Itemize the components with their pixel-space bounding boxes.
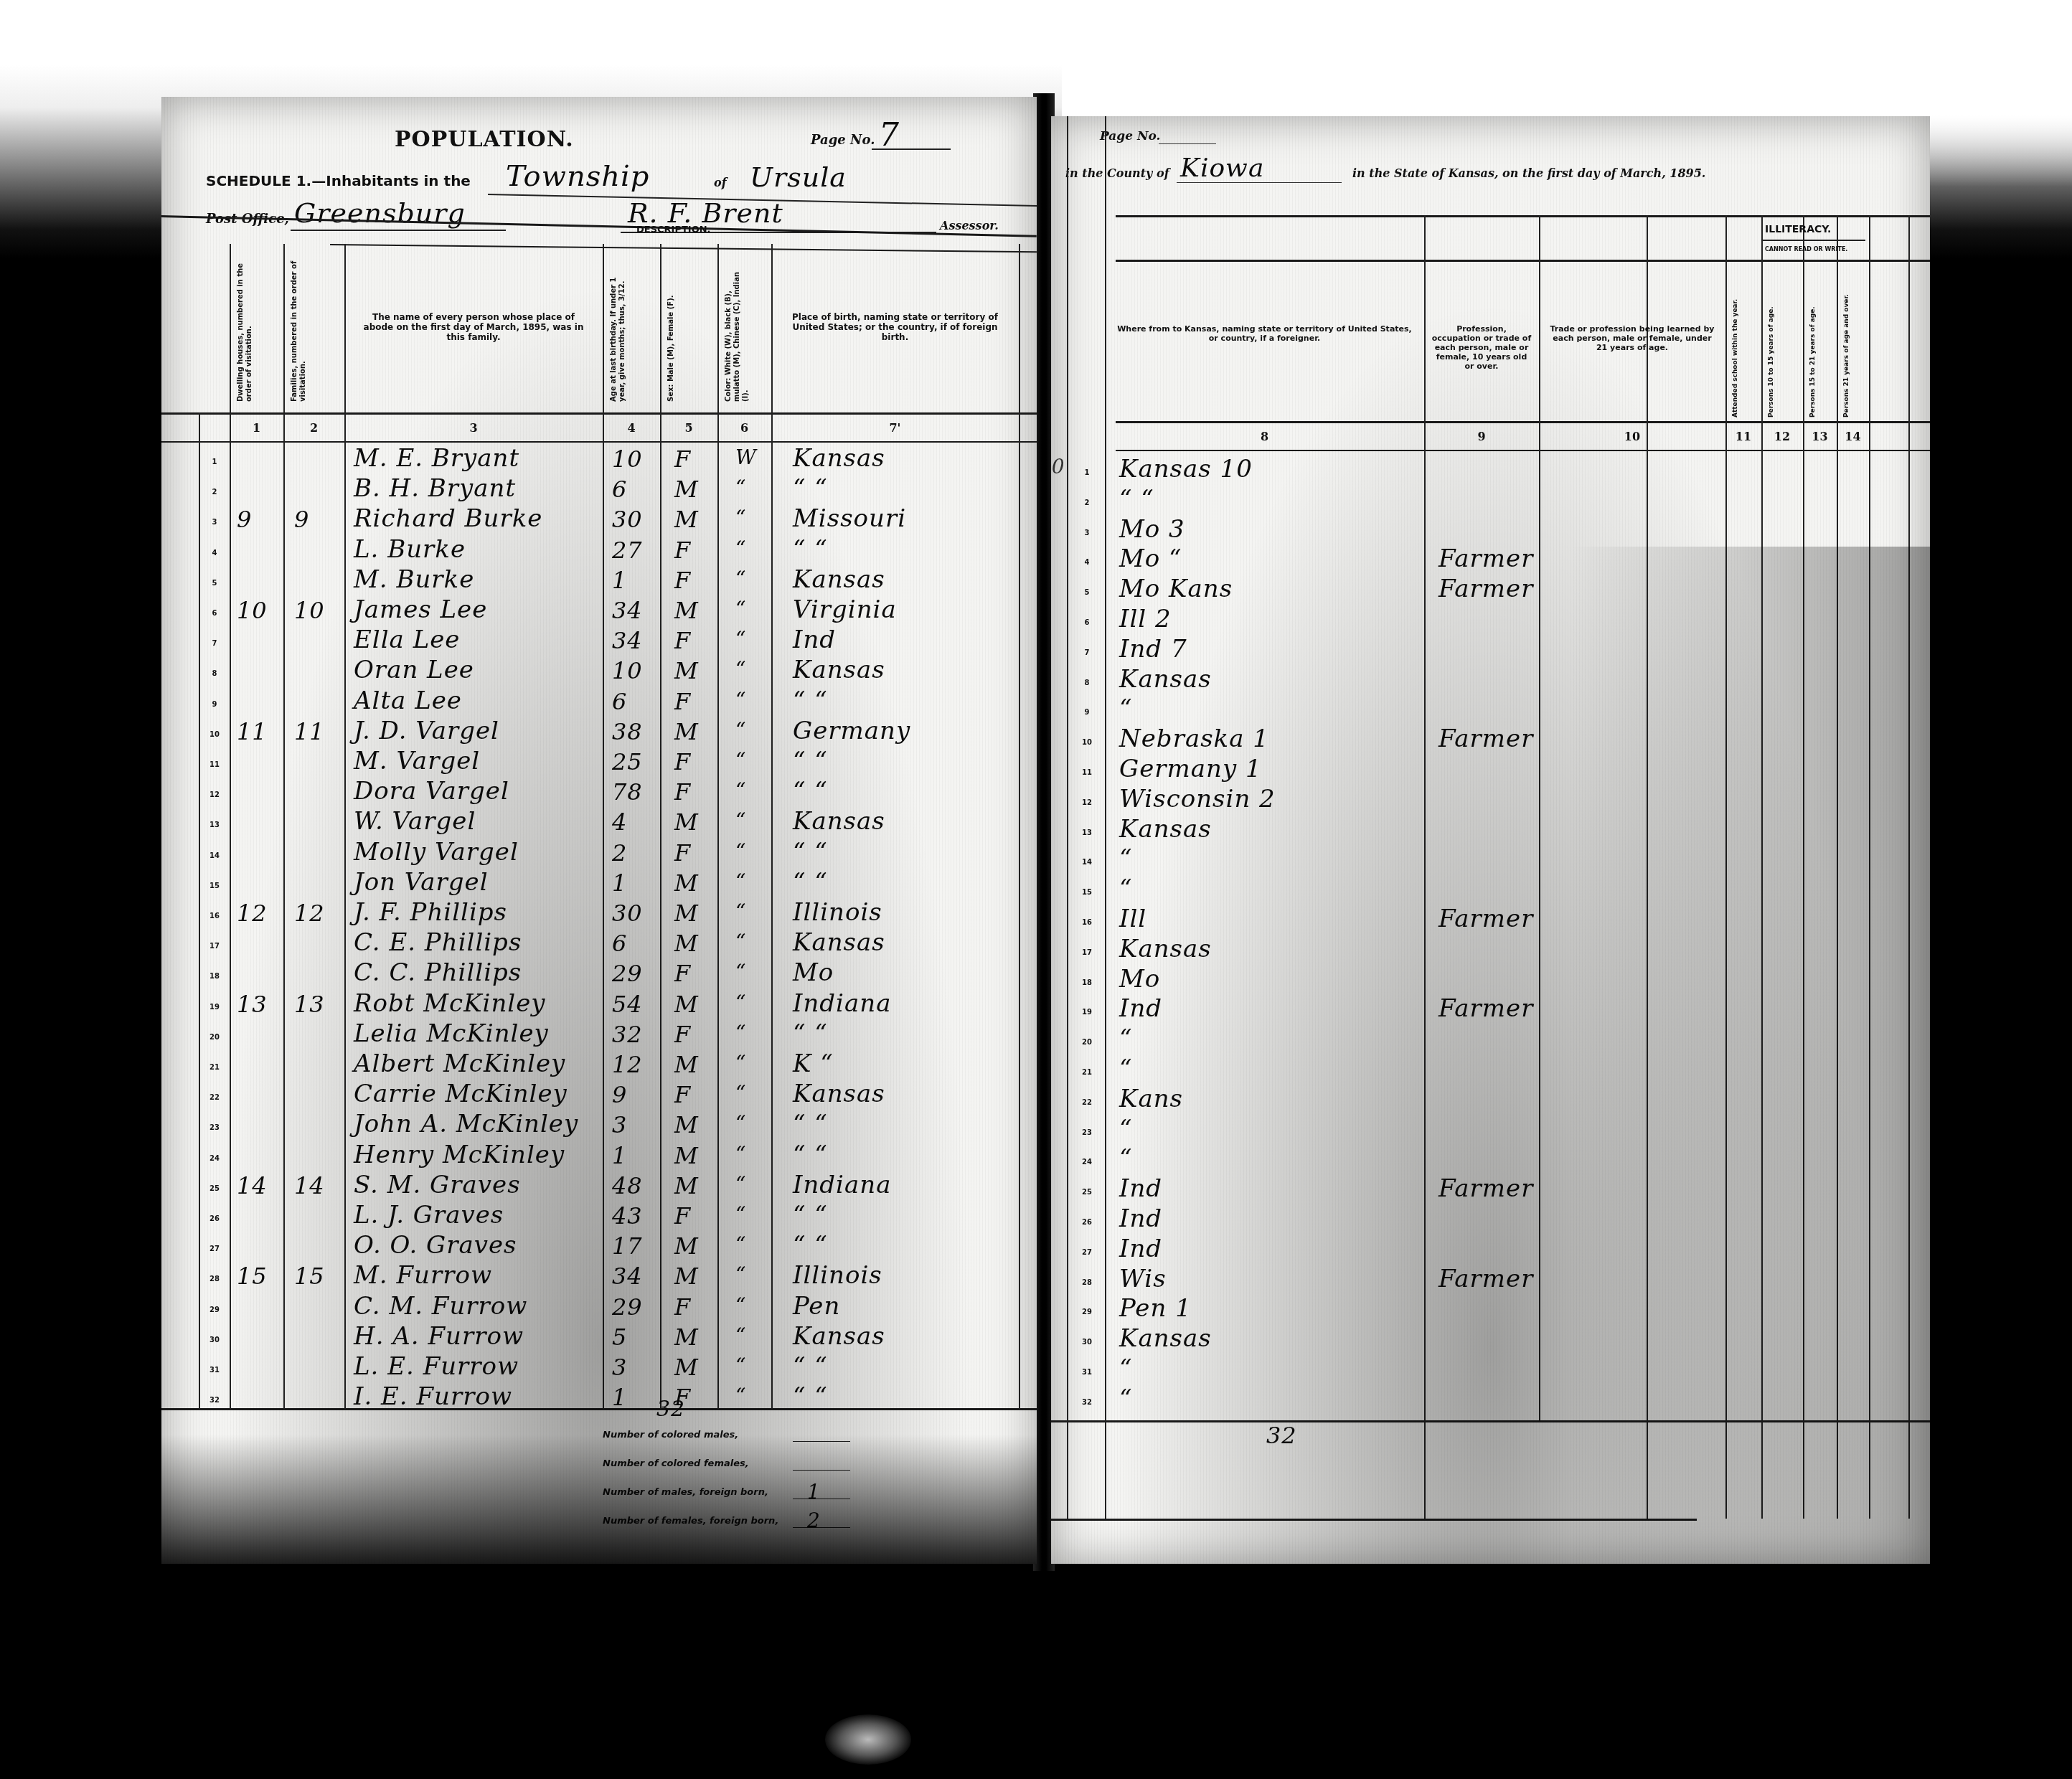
table-row: 191313Robt McKinley54M“Indiana xyxy=(161,994,1037,1024)
person-name: Oran Lee xyxy=(354,656,474,684)
line-number: 2 xyxy=(206,489,223,496)
person-name: M. Vargel xyxy=(354,747,480,775)
occupation: Farmer xyxy=(1438,544,1533,573)
line-number: 3 xyxy=(206,519,223,527)
person-color: “ xyxy=(735,778,746,802)
birthplace: “ “ xyxy=(793,1019,828,1048)
where-from: Ind xyxy=(1119,1235,1162,1263)
person-sex: F xyxy=(674,627,691,654)
person-color: “ xyxy=(735,1232,746,1256)
table-row: 30Kansas xyxy=(1051,1329,1930,1359)
person-name: Albert McKinley xyxy=(354,1049,565,1078)
person-sex: F xyxy=(674,1202,691,1230)
person-sex: M xyxy=(674,1172,699,1199)
person-sex: F xyxy=(674,537,691,564)
summary-label: Number of colored males, xyxy=(603,1431,738,1440)
column-header-1: Dwelling houses, numbered in the order o… xyxy=(237,258,276,402)
column-number-3: 3 xyxy=(344,421,603,435)
line-number: 28 xyxy=(206,1275,223,1283)
right-subheader-rule xyxy=(1116,260,1930,262)
person-age: 6 xyxy=(612,688,627,715)
where-from: Kansas xyxy=(1119,935,1212,963)
summary-value: 1 xyxy=(807,1480,821,1504)
person-age: 27 xyxy=(612,537,643,564)
birthplace: Kansas xyxy=(793,565,885,594)
person-color: “ xyxy=(735,960,746,983)
page-no-underline xyxy=(872,148,951,150)
birthplace: “ “ xyxy=(793,1141,828,1169)
line-number: 6 xyxy=(1078,619,1096,627)
where-from: Ill 2 xyxy=(1119,605,1172,633)
column-number-9: 9 xyxy=(1424,430,1539,443)
table-row: 32I. E. Furrow1F““ “ xyxy=(161,1387,1037,1417)
person-color: “ xyxy=(735,1323,746,1347)
person-sex: M xyxy=(674,808,699,836)
table-row: 14“ xyxy=(1051,849,1930,879)
summary-underline xyxy=(793,1527,850,1528)
table-row: 8Kansas xyxy=(1051,669,1930,699)
person-age: 34 xyxy=(612,627,643,654)
table-row: 13W. Vargel4M“Kansas xyxy=(161,811,1037,841)
birthplace: Kansas xyxy=(793,928,885,957)
table-row: 4L. Burke27F““ “ xyxy=(161,539,1037,570)
birthplace: Kansas xyxy=(793,444,885,473)
person-age: 10 xyxy=(612,657,643,684)
person-name: Robt McKinley xyxy=(354,989,546,1018)
column-header-14: Persons 21 years of age and over. xyxy=(1842,267,1863,417)
person-color: “ xyxy=(735,476,746,499)
table-row: 31L. E. Furrow3M““ “ xyxy=(161,1356,1037,1387)
table-row: 31“ xyxy=(1051,1359,1930,1389)
line-number: 29 xyxy=(1078,1308,1096,1316)
table-row: 8Oran Lee10M“Kansas xyxy=(161,660,1037,690)
where-from: “ xyxy=(1119,1354,1132,1383)
where-from: “ xyxy=(1119,1054,1132,1083)
person-name: B. H. Bryant xyxy=(354,474,516,503)
person-age: 3 xyxy=(612,1111,627,1138)
margin-note: 1 xyxy=(1051,1294,1052,1318)
family-number: 15 xyxy=(294,1263,325,1290)
line-number: 14 xyxy=(1078,859,1096,867)
line-number: 5 xyxy=(1078,589,1096,597)
line-number: 20 xyxy=(206,1034,223,1042)
person-name: J. D. Vargel xyxy=(354,717,499,745)
line-number: 9 xyxy=(1078,709,1096,717)
person-age: 34 xyxy=(612,1263,643,1290)
column-header-12: Persons 10 to 15 years of age. xyxy=(1767,267,1797,417)
table-row: 26L. J. Graves43F““ “ xyxy=(161,1205,1037,1235)
column-header-3: The name of every person whose place of … xyxy=(360,312,587,342)
person-name: O. O. Graves xyxy=(354,1231,517,1260)
where-from: “ xyxy=(1119,1024,1132,1053)
birthplace: “ “ xyxy=(793,777,828,806)
illiteracy-heading: ILLITERACY. xyxy=(1765,224,1831,235)
table-row: 15Jon Vargel1M““ “ xyxy=(161,872,1037,902)
line-number: 31 xyxy=(206,1367,223,1374)
person-age: 29 xyxy=(612,1293,643,1321)
column-number-2: 2 xyxy=(283,421,344,435)
person-age: 54 xyxy=(612,991,643,1018)
column-number-rule xyxy=(161,441,1037,443)
where-from: Ind xyxy=(1119,1204,1162,1233)
column-header-6: Color: White (W), black (B), mulatto (M)… xyxy=(725,258,764,402)
birthplace: “ “ xyxy=(793,747,828,775)
where-from: Kansas xyxy=(1119,1324,1212,1353)
where-from: Ind xyxy=(1119,1174,1162,1203)
post-office-value: Greensburg xyxy=(294,197,466,229)
table-row: 20“ xyxy=(1051,1029,1930,1059)
line-number: 32 xyxy=(206,1397,223,1405)
column-number-13: 13 xyxy=(1803,430,1837,443)
column-number-10: 10 xyxy=(1539,430,1725,443)
table-row: 61010James Lee34M“Virginia xyxy=(161,600,1037,630)
table-row: 251414S. M. Graves48M“Indiana xyxy=(161,1175,1037,1205)
birthplace: Kansas xyxy=(793,1322,885,1351)
line-number: 2 xyxy=(1078,499,1096,507)
person-color: “ xyxy=(735,1142,746,1166)
summary-value: 2 xyxy=(807,1509,821,1532)
line-number: 21 xyxy=(206,1064,223,1072)
line-number: 14 xyxy=(206,852,223,860)
person-name: Dora Vargel xyxy=(354,777,509,806)
column-header-2: Families, numbered in the order of visit… xyxy=(291,258,337,402)
line-number: 26 xyxy=(206,1215,223,1223)
birthplace: “ “ xyxy=(793,474,828,503)
table-row: 14Molly Vargel2F““ “ xyxy=(161,842,1037,872)
person-color: “ xyxy=(735,1263,746,1286)
right-total-count: 32 xyxy=(1266,1422,1297,1449)
illiteracy-subheading: CANNOT READ OR WRITE. xyxy=(1765,245,1847,254)
person-color: “ xyxy=(735,627,746,651)
person-color: “ xyxy=(735,1081,746,1105)
line-number: 27 xyxy=(1078,1249,1096,1257)
person-name: L. E. Furrow xyxy=(354,1352,519,1381)
person-color: “ xyxy=(735,597,746,620)
birthplace: Illinois xyxy=(793,898,882,927)
person-color: “ xyxy=(735,930,746,953)
line-number: 21 xyxy=(1078,1069,1096,1077)
dwelling-number: 14 xyxy=(237,1172,268,1199)
family-number: 10 xyxy=(294,597,325,624)
county-name-value: Kiowa xyxy=(1180,154,1264,183)
person-age: 3 xyxy=(612,1354,627,1381)
person-name: C. M. Furrow xyxy=(354,1292,527,1321)
person-color: “ xyxy=(735,1354,746,1377)
line-number: 5 xyxy=(206,580,223,588)
birthplace: Mo xyxy=(793,958,834,987)
summary-label: Number of females, foreign born, xyxy=(603,1517,778,1526)
table-row: 7Ella Lee34F“Ind xyxy=(161,630,1037,660)
line-number: 13 xyxy=(206,821,223,829)
where-from: “ xyxy=(1119,1144,1132,1173)
line-number: 17 xyxy=(206,943,223,950)
family-number: 9 xyxy=(294,506,309,533)
person-sex: F xyxy=(674,567,691,594)
occupation: Farmer xyxy=(1438,1265,1533,1293)
birthplace: Kansas xyxy=(793,656,885,684)
person-age: 5 xyxy=(612,1323,627,1351)
person-name: M. Furrow xyxy=(354,1261,492,1290)
table-row: 17C. E. Phillips6M“Kansas xyxy=(161,933,1037,963)
birthplace: K “ xyxy=(793,1049,834,1078)
line-number: 8 xyxy=(206,670,223,678)
margin-note: 7 xyxy=(1051,635,1052,659)
where-from: Ind xyxy=(1119,994,1162,1023)
occupation: Farmer xyxy=(1438,725,1533,753)
county-underline xyxy=(1177,182,1342,183)
table-row: 399Richard Burke30M“Missouri xyxy=(161,509,1037,539)
person-sex: F xyxy=(674,445,691,473)
description-rule xyxy=(330,244,1037,253)
where-from: Mo xyxy=(1119,965,1160,994)
person-sex: M xyxy=(674,869,699,897)
person-sex: F xyxy=(674,1293,691,1321)
assessor-label: Assessor. xyxy=(940,219,999,232)
person-sex: M xyxy=(674,1051,699,1078)
table-row: 5M. Burke1F“Kansas xyxy=(161,570,1037,600)
birthplace: “ “ xyxy=(793,1382,828,1411)
table-row: 29C. M. Furrow29F“Pen xyxy=(161,1296,1037,1326)
right-footer-rule xyxy=(1051,1519,1697,1521)
birthplace: “ “ xyxy=(793,1231,828,1260)
person-age: 1 xyxy=(612,869,627,897)
column-number-5: 5 xyxy=(660,421,717,435)
line-number: 16 xyxy=(206,912,223,920)
column-header-8: Where from to Kansas, naming state or te… xyxy=(1112,324,1417,343)
person-age: 25 xyxy=(612,748,643,775)
table-row: 11M. Vargel25F““ “ xyxy=(161,751,1037,781)
birthplace: “ “ xyxy=(793,1201,828,1230)
person-color: “ xyxy=(735,869,746,893)
table-row: 5Mo KansFarmer xyxy=(1051,579,1930,609)
birthplace: Missouri xyxy=(793,504,906,533)
summary-label: Number of colored females, xyxy=(603,1460,749,1468)
where-from: Wisconsin 2 xyxy=(1119,785,1276,813)
right-table-bottom-rule xyxy=(1051,1420,1930,1422)
summary-underline xyxy=(793,1470,850,1471)
where-from: “ xyxy=(1119,1115,1132,1143)
birthplace: “ “ xyxy=(793,1110,828,1138)
person-name: Carrie McKinley xyxy=(354,1080,568,1108)
person-name: C. E. Phillips xyxy=(354,928,522,957)
person-color: “ xyxy=(735,657,746,681)
column-number-12: 12 xyxy=(1761,430,1803,443)
county-prefix: in the County of xyxy=(1065,166,1169,180)
birthplace: Illinois xyxy=(793,1261,882,1290)
line-number: 13 xyxy=(1078,829,1096,837)
where-from: Kansas xyxy=(1119,665,1212,694)
person-age: 48 xyxy=(612,1172,643,1199)
line-number: 1 xyxy=(1078,469,1096,477)
line-number: 11 xyxy=(1078,769,1096,777)
column-header-9: Profession, occupation or trade of each … xyxy=(1431,324,1532,371)
summary-underline xyxy=(793,1441,850,1442)
column-number-1: 1 xyxy=(230,421,283,435)
summary-underline xyxy=(793,1499,850,1499)
table-row: 22Kans xyxy=(1051,1089,1930,1119)
table-row: 17Kansas xyxy=(1051,939,1930,969)
person-name: Ella Lee xyxy=(354,626,460,654)
person-color: “ xyxy=(735,1051,746,1075)
where-from: Mo 3 xyxy=(1119,515,1185,544)
dwelling-number: 10 xyxy=(237,597,268,624)
line-number: 12 xyxy=(1078,799,1096,807)
illiteracy-underline xyxy=(1763,240,1865,241)
column-number-14: 14 xyxy=(1837,430,1869,443)
line-number: 17 xyxy=(1078,949,1096,957)
where-from: “ xyxy=(1119,874,1132,903)
person-age: 34 xyxy=(612,597,643,624)
line-number: 30 xyxy=(206,1336,223,1344)
person-color: “ xyxy=(735,1293,746,1317)
person-sex: F xyxy=(674,960,691,987)
person-color: W xyxy=(735,445,757,469)
person-sex: F xyxy=(674,748,691,775)
table-row: 20Lelia McKinley32F““ “ xyxy=(161,1024,1037,1054)
line-number: 7 xyxy=(1078,649,1096,657)
person-age: 78 xyxy=(612,778,643,806)
person-color: “ xyxy=(735,506,746,529)
where-from: “ xyxy=(1119,1384,1132,1413)
person-color: “ xyxy=(735,1021,746,1044)
line-number: 31 xyxy=(1078,1369,1096,1377)
table-row: 22Carrie McKinley9F“Kansas xyxy=(161,1084,1037,1114)
dwelling-number: 15 xyxy=(237,1263,268,1290)
column-number-8: 8 xyxy=(1105,430,1424,443)
column-header-10: Trade or profession being learned by eac… xyxy=(1546,324,1718,352)
page-no-label: Page No. xyxy=(811,133,875,148)
dwelling-number: 12 xyxy=(237,900,268,927)
column-header-13: Persons 15 to 21 years of age. xyxy=(1809,267,1831,417)
person-color: “ xyxy=(735,900,746,923)
family-number: 12 xyxy=(294,900,325,927)
person-name: Richard Burke xyxy=(354,504,542,533)
person-sex: F xyxy=(674,1021,691,1048)
table-row: 32“ xyxy=(1051,1389,1930,1419)
person-sex: M xyxy=(674,506,699,533)
table-row: 23John A. McKinley3M““ “ xyxy=(161,1114,1037,1144)
occupation: Farmer xyxy=(1438,1174,1533,1203)
line-number: 26 xyxy=(1078,1219,1096,1227)
line-number: 15 xyxy=(206,882,223,890)
where-from: Pen 1 xyxy=(1119,1294,1192,1323)
person-name: M. E. Bryant xyxy=(354,444,519,473)
person-sex: M xyxy=(674,1111,699,1138)
line-number: 7 xyxy=(206,640,223,648)
summary-label: Number of males, foreign born, xyxy=(603,1488,768,1497)
line-number: 28 xyxy=(1078,1279,1096,1287)
column-number-11: 11 xyxy=(1725,430,1761,443)
birthplace: Germany xyxy=(793,717,910,745)
page-corner-blot xyxy=(825,1714,911,1765)
right-header-bottom-rule xyxy=(1116,421,1930,423)
where-from: “ xyxy=(1119,694,1132,723)
person-sex: M xyxy=(674,1232,699,1260)
person-name: H. A. Furrow xyxy=(354,1322,524,1351)
person-name: C. C. Phillips xyxy=(354,958,522,987)
line-number: 29 xyxy=(206,1306,223,1314)
table-row: 1Kansas 10 xyxy=(1051,459,1930,489)
line-number: 3 xyxy=(1078,529,1096,537)
line-number: 10 xyxy=(1078,739,1096,747)
line-number: 23 xyxy=(1078,1129,1096,1137)
person-sex: M xyxy=(674,476,699,503)
person-age: 43 xyxy=(612,1202,643,1230)
occupation: Farmer xyxy=(1438,994,1533,1023)
line-number: 23 xyxy=(206,1124,223,1132)
where-from: Ind 7 xyxy=(1119,635,1187,664)
line-number: 25 xyxy=(1078,1189,1096,1197)
page-title: POPULATION. xyxy=(395,127,574,152)
line-number: 20 xyxy=(1078,1039,1096,1047)
line-number: 9 xyxy=(206,701,223,709)
person-name: L. J. Graves xyxy=(354,1201,504,1230)
person-sex: M xyxy=(674,930,699,957)
line-number: 22 xyxy=(1078,1099,1096,1107)
post-office-underline xyxy=(291,230,506,231)
civil-division-value: Township xyxy=(506,160,649,193)
description-heading: DESCRIPTION. xyxy=(636,225,711,235)
line-number: 4 xyxy=(206,549,223,557)
margin-note: 10 xyxy=(1051,455,1065,478)
table-row: 281515M. Furrow34M“Illinois xyxy=(161,1265,1037,1296)
line-number: 1 xyxy=(206,458,223,466)
line-number: 11 xyxy=(206,761,223,769)
person-sex: M xyxy=(674,657,699,684)
where-from: Wis xyxy=(1119,1265,1167,1293)
person-name: John A. McKinley xyxy=(354,1110,578,1138)
right-census-page: Page No. in the County of Kiowa in the S… xyxy=(1051,116,1930,1564)
where-from: Mo “ xyxy=(1119,544,1182,573)
table-row: 24Henry McKinley1M““ “ xyxy=(161,1145,1037,1175)
person-age: 2 xyxy=(612,839,627,867)
column-number-4: 4 xyxy=(603,421,660,435)
person-color: “ xyxy=(735,748,746,772)
birthplace: Indiana xyxy=(793,989,891,1018)
person-color: “ xyxy=(735,537,746,560)
person-age: 30 xyxy=(612,506,643,533)
occupation: Farmer xyxy=(1438,905,1533,933)
column-header-11: Attended school within the year. xyxy=(1731,267,1756,417)
line-number: 24 xyxy=(1078,1159,1096,1166)
person-sex: M xyxy=(674,1263,699,1290)
person-name: I. E. Furrow xyxy=(354,1382,512,1411)
line-number: 16 xyxy=(1078,919,1096,927)
table-row: 26Ind xyxy=(1051,1209,1930,1239)
person-color: “ xyxy=(735,1111,746,1135)
line-number: 19 xyxy=(206,1004,223,1011)
person-name: Henry McKinley xyxy=(354,1141,565,1169)
person-color: “ xyxy=(735,839,746,863)
line-number: 22 xyxy=(206,1094,223,1102)
where-from: Germany 1 xyxy=(1119,755,1262,783)
margin-note: 1 xyxy=(1051,605,1052,628)
birthplace: “ “ xyxy=(793,686,828,715)
person-name: Jon Vargel xyxy=(354,868,489,897)
family-number: 13 xyxy=(294,991,325,1018)
column-header-4: Age at last birthday. If under 1 year, g… xyxy=(610,258,653,402)
table-row: 12Dora Vargel78F““ “ xyxy=(161,781,1037,811)
table-row: 25IndFarmer xyxy=(1051,1179,1930,1209)
person-sex: M xyxy=(674,718,699,745)
birthplace: Pen xyxy=(793,1292,840,1321)
person-age: 29 xyxy=(612,960,643,987)
birthplace: Virginia xyxy=(793,595,897,624)
person-color: “ xyxy=(735,1384,746,1407)
line-number: 10 xyxy=(206,731,223,739)
left-total-count: 32 xyxy=(656,1397,685,1422)
column-header-5: Sex: Male (M), Female (F). xyxy=(667,258,710,402)
